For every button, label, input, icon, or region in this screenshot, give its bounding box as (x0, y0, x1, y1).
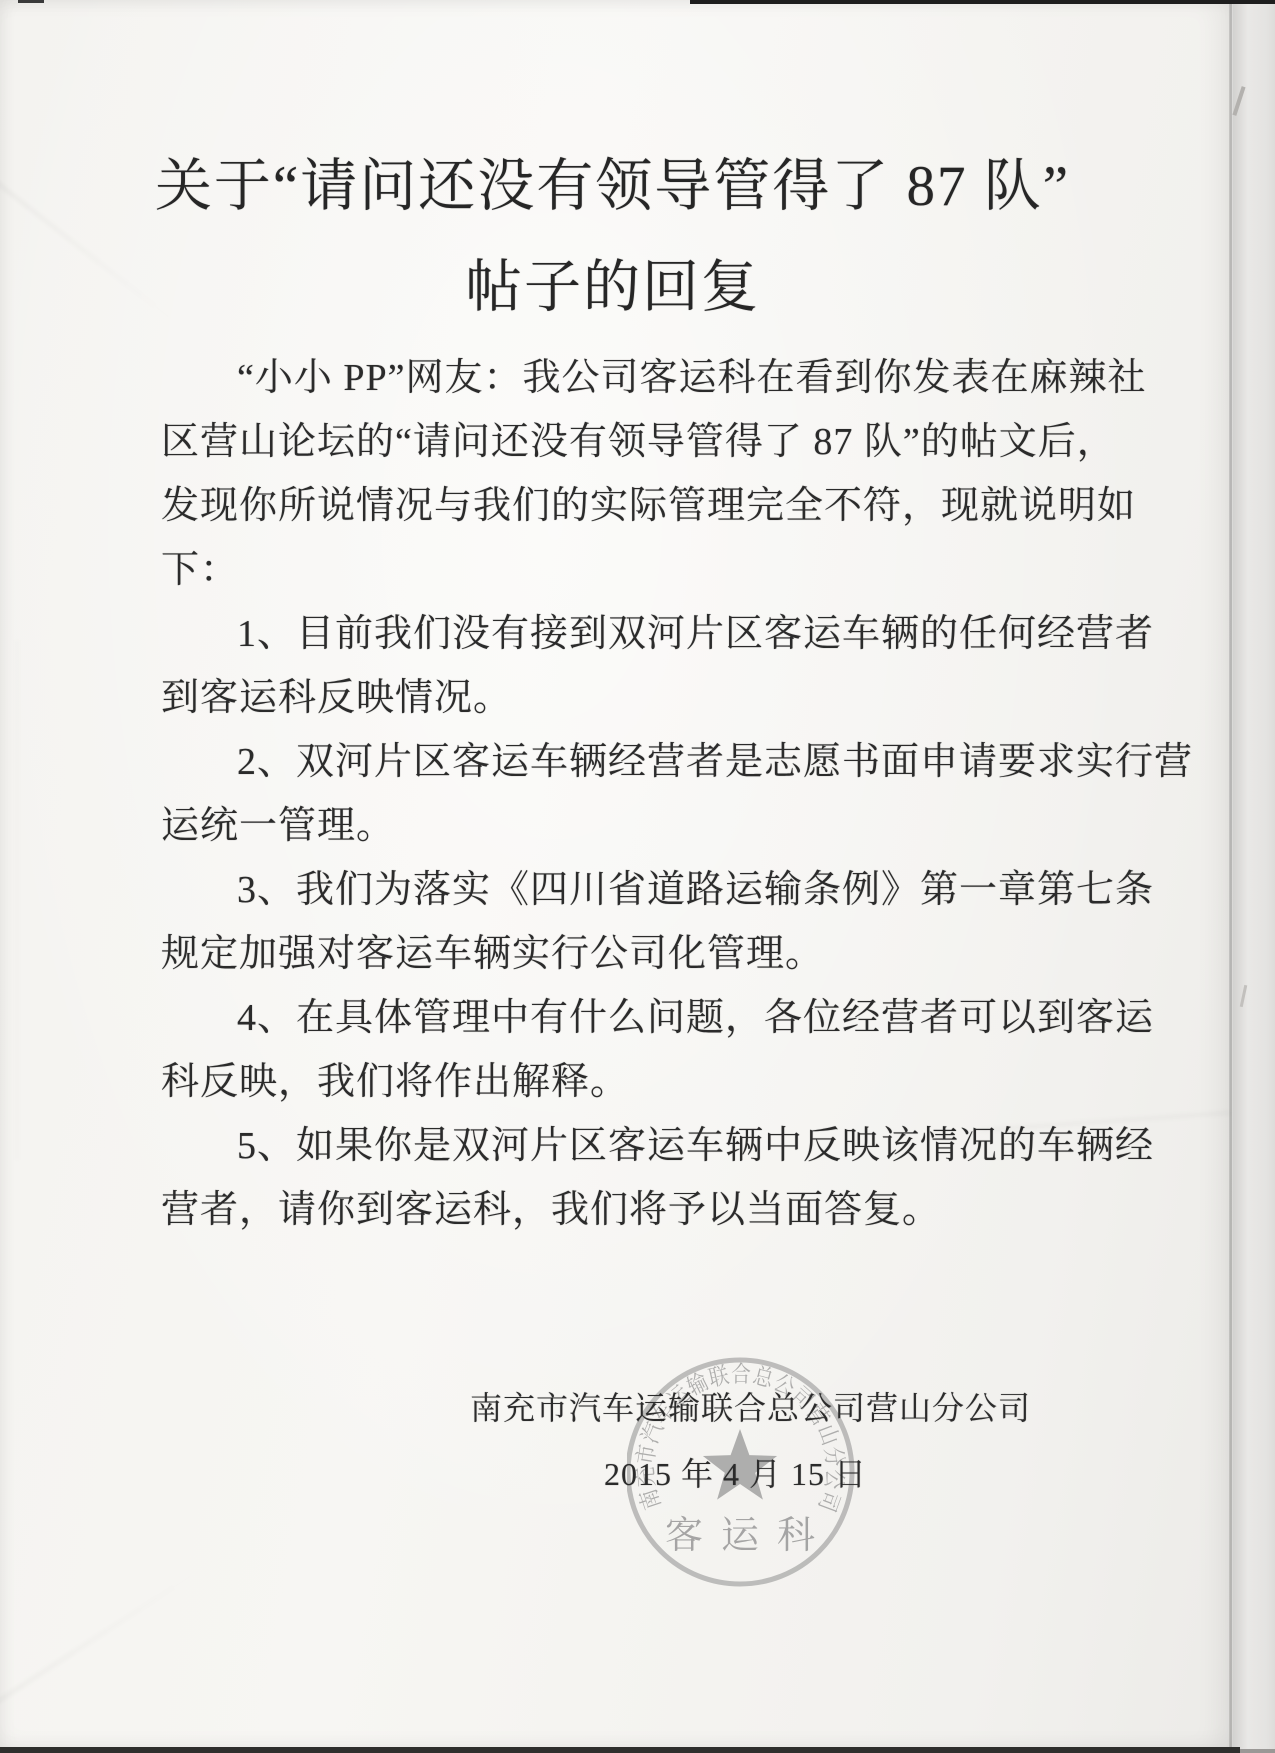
body-line: 1、目前我们没有接到双河片区客运车辆的任何经营者 (161, 602, 1119, 666)
body-line: 规定加强对客运车辆实行公司化管理。 (161, 922, 1119, 986)
stamp-department-text: 客运科 (665, 1515, 833, 1557)
scan-artifact-top-left-speck (18, 0, 44, 3)
body-line: 2、双河片区客运车辆经营者是志愿书面申请要求实行营 (161, 730, 1119, 794)
scan-artifact-top-edge (690, 0, 1275, 4)
body-line: 5、如果你是双河片区客运车辆中反映该情况的车辆经 (161, 1114, 1119, 1178)
body-line: 发现你所说情况与我们的实际管理完全不符，现就说明如 (161, 474, 1119, 538)
crease-bottom-left (0, 1569, 200, 1713)
body-line: 4、在具体管理中有什么问题，各位经营者可以到客运 (161, 986, 1119, 1050)
body-line: 营者，请你到客运科，我们将予以当面答复。 (161, 1178, 1119, 1242)
body-line: “小小 PP”网友：我公司客运科在看到你发表在麻辣社 (161, 346, 1119, 410)
title-line-1: 关于“请问还没有领导管得了 87 队” (155, 155, 1070, 218)
scan-artifact-bottom-right-edge (1240, 1749, 1275, 1753)
body-line: 下： (161, 538, 1119, 602)
scanned-page: { "page": { "background_color": "#e9e8e6… (0, 0, 1275, 1753)
body-line: 到客运科反映情况。 (161, 666, 1119, 730)
title-line-2: 帖子的回复 (465, 256, 760, 319)
signature-line: 南充市汽车运输联合总公司营山分公司 (470, 1386, 1031, 1430)
date-line: 2015 年 4 月 15 日 (604, 1452, 867, 1496)
body-line: 区营山论坛的“请问还没有领导管得了 87 队”的帖文后， (161, 410, 1119, 474)
crease-left-vertical (16, 640, 18, 1160)
paper-right-edge (1229, 0, 1233, 1753)
body-line: 运统一管理。 (161, 794, 1119, 858)
scan-artifact-bottom-edge (0, 1747, 1240, 1753)
body-line: 科反映，我们将作出解释。 (161, 1050, 1119, 1114)
document-body: “小小 PP”网友：我公司客运科在看到你发表在麻辣社区营山论坛的“请问还没有领导… (161, 346, 1119, 1242)
paper: 关于“请问还没有领导管得了 87 队”帖子的回复 “小小 PP”网友：我公司客运… (0, 0, 1233, 1753)
body-line: 3、我们为落实《四川省道路运输条例》第一章第七条 (161, 858, 1119, 922)
scanner-background-band (1233, 0, 1275, 1753)
document-title: 关于“请问还没有领导管得了 87 队”帖子的回复 (0, 136, 1225, 338)
